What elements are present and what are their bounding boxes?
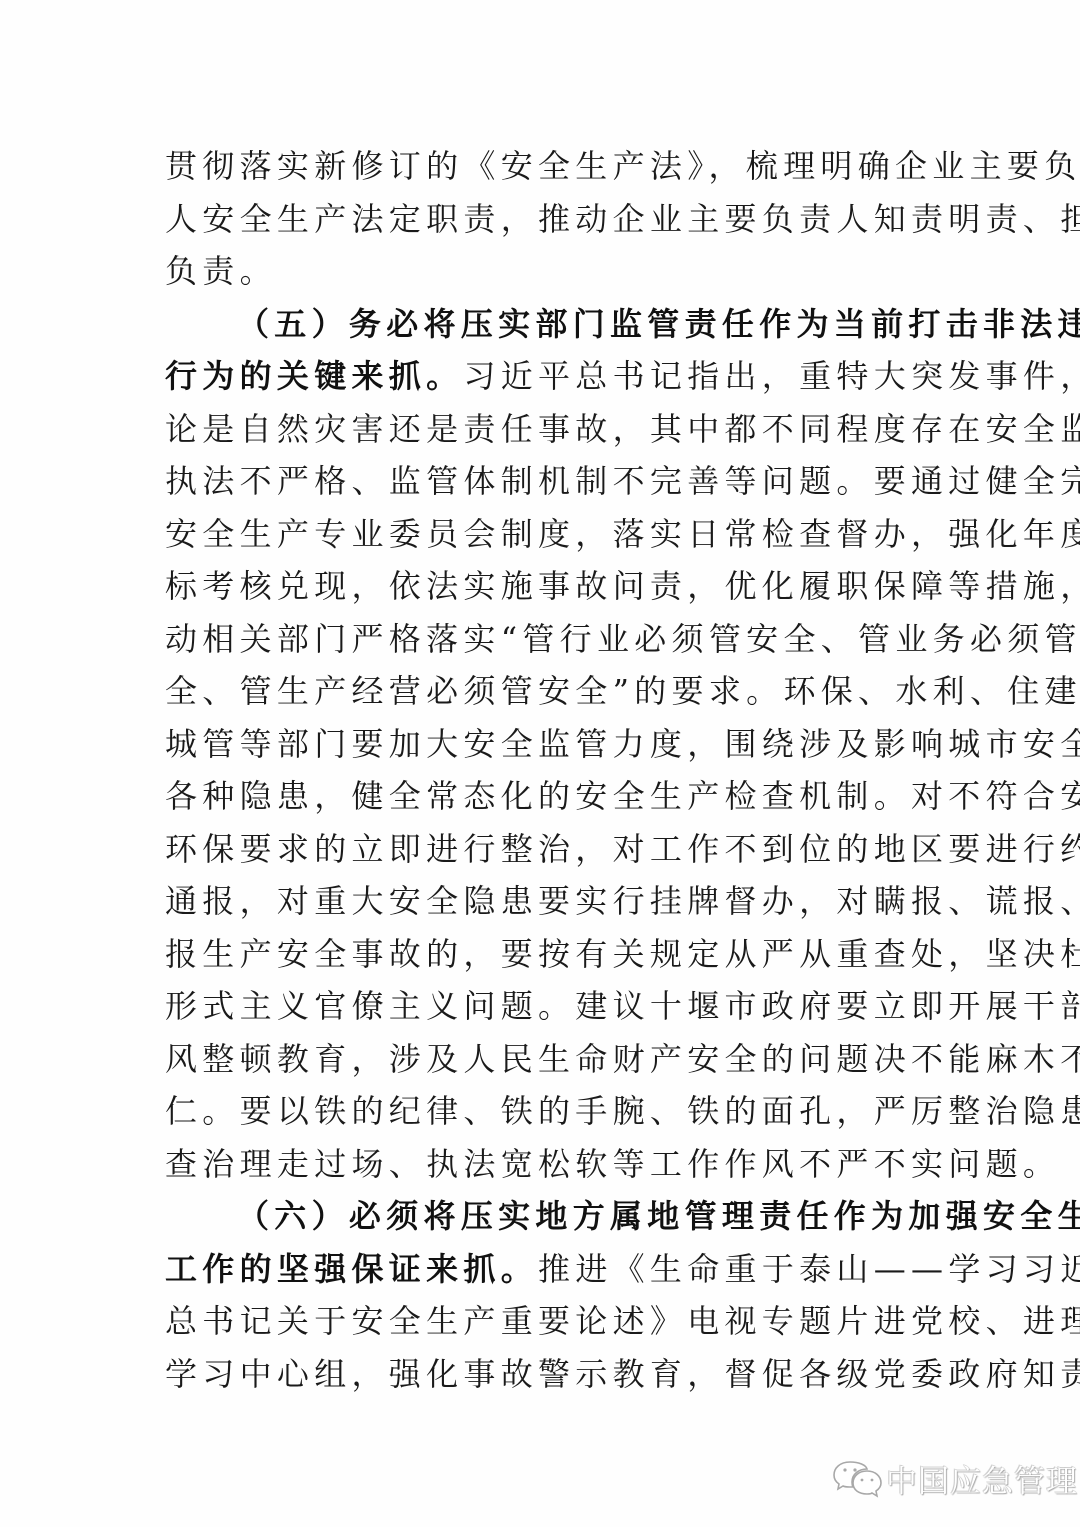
text-line: 论是自然灾害还是责任事故，其中都不同程度存在安全监管 — [165, 403, 925, 456]
bold-heading-text: 工作的坚强保证来抓。 — [165, 1250, 538, 1288]
text-line: 通报，对重大安全隐患要实行挂牌督办，对瞒报、谎报、迟 — [165, 875, 925, 928]
body-text: 贯彻落实新修订的《安全生产法》，梳理明确企业主要负责 — [165, 147, 1080, 185]
document-page: 贯彻落实新修订的《安全生产法》，梳理明确企业主要负责人安全生产法定职责，推动企业… — [0, 0, 1080, 1527]
text-line: 仁。要以铁的纪律、铁的手腕、铁的面孔，严厉整治隐患排 — [165, 1085, 925, 1138]
body-text: 形式主义官僚主义问题。建议十堰市政府要立即开展干部作 — [165, 987, 1080, 1025]
body-text: 通报，对重大安全隐患要实行挂牌督办，对瞒报、谎报、迟 — [165, 882, 1080, 920]
bold-heading-text: 行为的关键来抓。 — [165, 357, 463, 395]
bold-heading-text: （六）必须将压实地方属地管理责任作为加强安全生产 — [237, 1197, 1080, 1235]
body-text: 环保要求的立即进行整治，对工作不到位的地区要进行约谈 — [165, 830, 1080, 868]
body-text: 学习中心组，强化事故警示教育，督促各级党委政府知责于 — [165, 1355, 1080, 1393]
text-line: 各种隐患，健全常态化的安全生产检查机制。对不符合安全 — [165, 770, 925, 823]
text-line: 安全生产专业委员会制度，落实日常检查督办，强化年度目 — [165, 508, 925, 561]
text-line: 负责。 — [165, 245, 925, 298]
text-line: （五）务必将压实部门监管责任作为当前打击非法违法 — [165, 298, 925, 351]
text-line: 全、管生产经营必须管安全”的要求。环保、水利、住建、 — [165, 665, 925, 718]
text-line: 贯彻落实新修订的《安全生产法》，梳理明确企业主要负责 — [165, 140, 925, 193]
watermark-text: 中国应急管理 — [886, 1456, 1078, 1501]
watermark: 中国应急管理 — [832, 1458, 1078, 1498]
text-line: 行为的关键来抓。习近平总书记指出，重特大突发事件，不 — [165, 350, 925, 403]
text-line: 执法不严格、监管体制机制不完善等问题。要通过健全完善 — [165, 455, 925, 508]
text-line: 工作的坚强保证来抓。推进《生命重于泰山——学习习近平 — [165, 1243, 925, 1296]
body-text: 全、管生产经营必须管安全”的要求。环保、水利、住建、 — [165, 672, 1080, 710]
wechat-icon — [832, 1458, 882, 1498]
body-text: 执法不严格、监管体制机制不完善等问题。要通过健全完善 — [165, 462, 1080, 500]
text-line: 查治理走过场、执法宽松软等工作作风不严不实问题。 — [165, 1138, 925, 1191]
document-body: 贯彻落实新修订的《安全生产法》，梳理明确企业主要负责人安全生产法定职责，推动企业… — [165, 140, 925, 1400]
body-text: 总书记关于安全生产重要论述》电视专题片进党校、进理论 — [165, 1302, 1080, 1340]
body-text: 仁。要以铁的纪律、铁的手腕、铁的面孔，严厉整治隐患排 — [165, 1092, 1080, 1130]
body-text: 安全生产专业委员会制度，落实日常检查督办，强化年度目 — [165, 515, 1080, 553]
text-line: 人安全生产法定职责，推动企业主要负责人知责明责、担当 — [165, 193, 925, 246]
body-text: 各种隐患，健全常态化的安全生产检查机制。对不符合安全 — [165, 777, 1080, 815]
body-text: 推进《生命重于泰山——学习习近平 — [538, 1250, 1080, 1288]
text-line: 风整顿教育，涉及人民生命财产安全的问题决不能麻木不 — [165, 1033, 925, 1086]
body-text: 论是自然灾害还是责任事故，其中都不同程度存在安全监管 — [165, 410, 1080, 448]
text-line: 环保要求的立即进行整治，对工作不到位的地区要进行约谈 — [165, 823, 925, 876]
bold-heading-text: （五）务必将压实部门监管责任作为当前打击非法违法 — [237, 305, 1080, 343]
body-text: 报生产安全事故的，要按有关规定从严从重查处，坚决杜绝 — [165, 935, 1080, 973]
text-line: （六）必须将压实地方属地管理责任作为加强安全生产 — [165, 1190, 925, 1243]
text-line: 总书记关于安全生产重要论述》电视专题片进党校、进理论 — [165, 1295, 925, 1348]
text-line: 报生产安全事故的，要按有关规定从严从重查处，坚决杜绝 — [165, 928, 925, 981]
body-text: 城管等部门要加大安全监管力度，围绕涉及影响城市安全的 — [165, 725, 1080, 763]
text-line: 形式主义官僚主义问题。建议十堰市政府要立即开展干部作 — [165, 980, 925, 1033]
body-text: 查治理走过场、执法宽松软等工作作风不严不实问题。 — [165, 1145, 1060, 1183]
text-line: 学习中心组，强化事故警示教育，督促各级党委政府知责于 — [165, 1348, 925, 1401]
text-line: 城管等部门要加大安全监管力度，围绕涉及影响城市安全的 — [165, 718, 925, 771]
body-text: 风整顿教育，涉及人民生命财产安全的问题决不能麻木不 — [165, 1040, 1080, 1078]
body-text: 负责。 — [165, 252, 277, 290]
body-text: 动相关部门严格落实“管行业必须管安全、管业务必须管安 — [165, 620, 1080, 658]
body-text: 人安全生产法定职责，推动企业主要负责人知责明责、担当 — [165, 200, 1080, 238]
text-line: 动相关部门严格落实“管行业必须管安全、管业务必须管安 — [165, 613, 925, 666]
body-text: 习近平总书记指出，重特大突发事件，不 — [463, 357, 1080, 395]
body-text: 标考核兑现，依法实施事故问责，优化履职保障等措施，推 — [165, 567, 1080, 605]
text-line: 标考核兑现，依法实施事故问责，优化履职保障等措施，推 — [165, 560, 925, 613]
